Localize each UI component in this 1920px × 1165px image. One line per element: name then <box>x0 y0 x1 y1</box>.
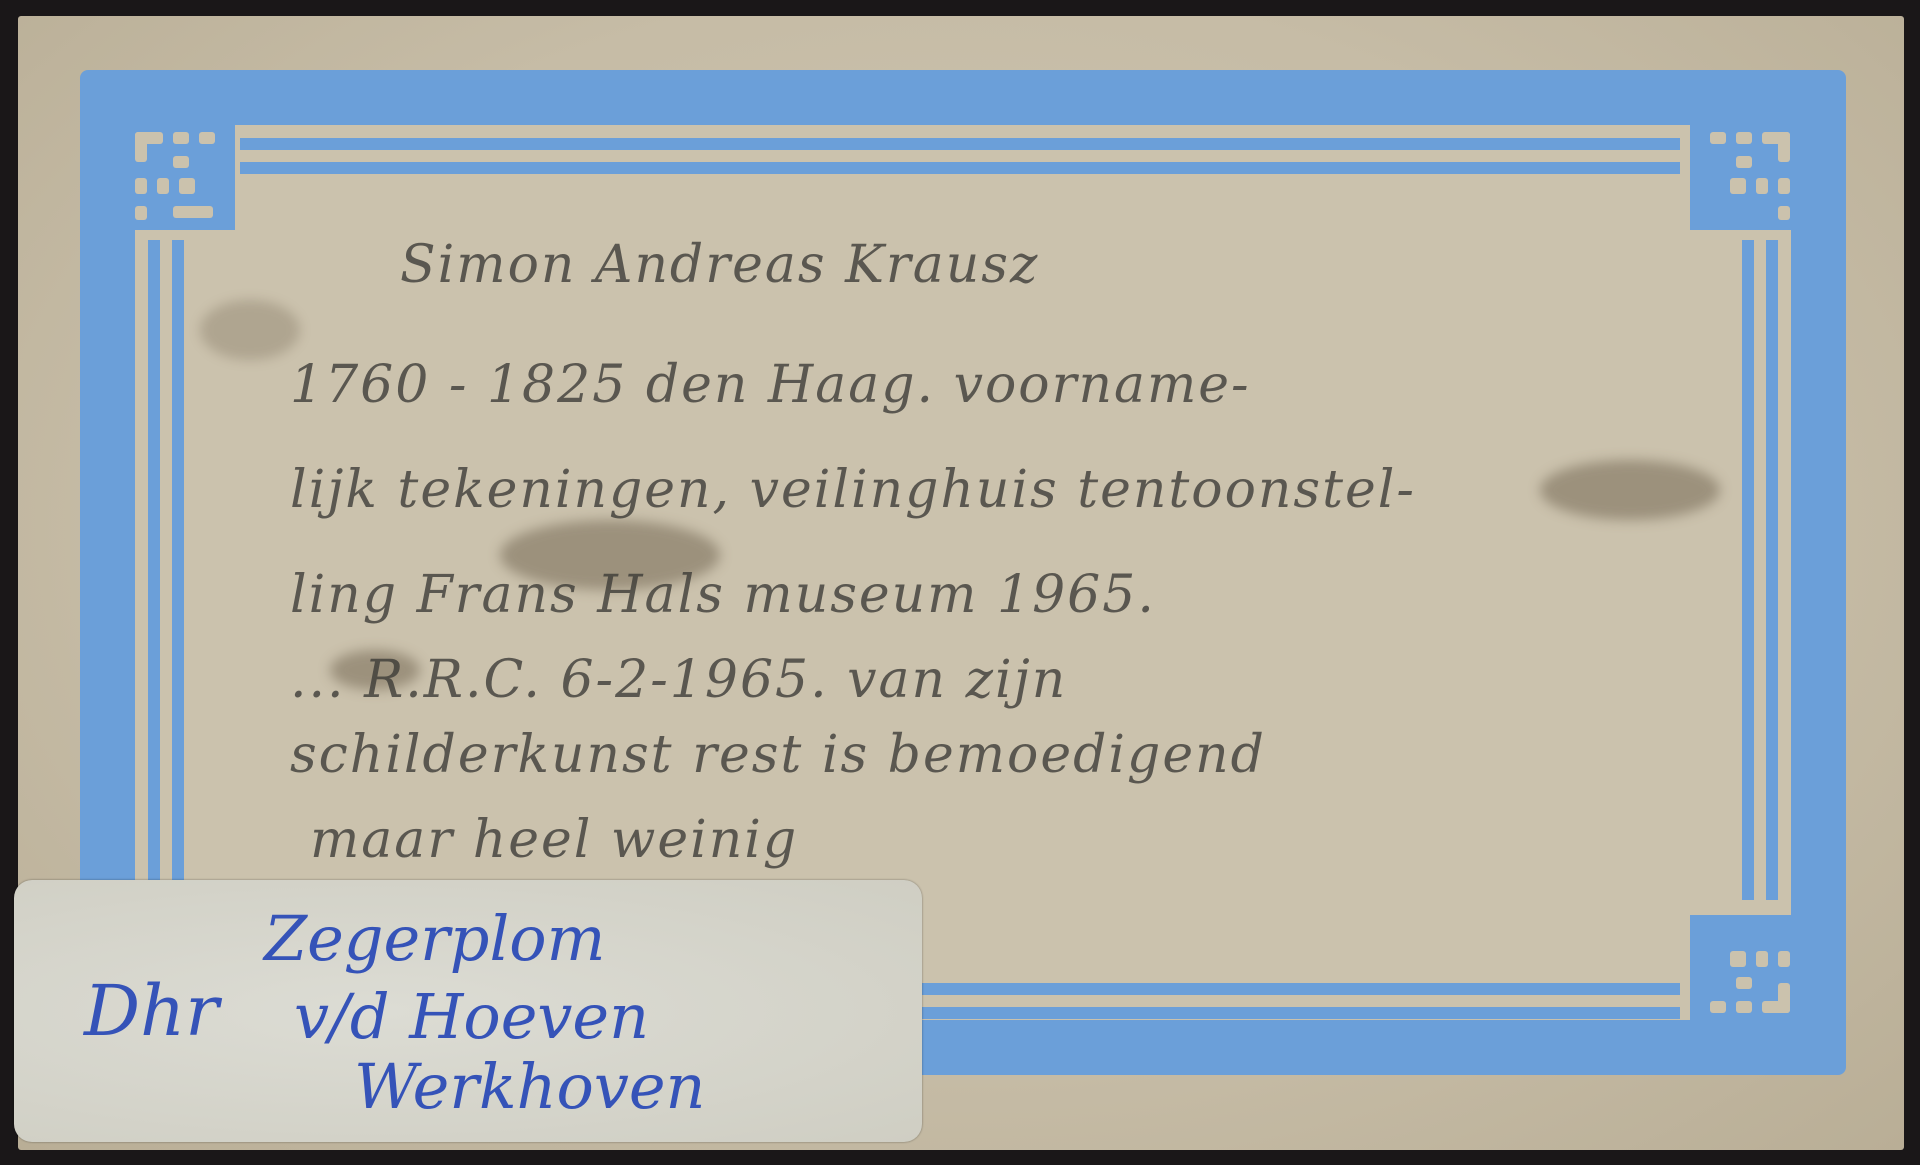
stain <box>1540 460 1720 520</box>
label-town: Werkhoven <box>354 1050 705 1123</box>
label-surname: v/d Hoeven <box>294 980 649 1053</box>
border-line-right-2 <box>1766 240 1778 900</box>
border-line-top-1 <box>240 138 1680 150</box>
address-label: Dhr Zegerplom v/d Hoeven Werkhoven <box>14 880 922 1142</box>
note-line-7: maar heel weinig <box>310 810 798 870</box>
note-line-name: Simon Andreas Krausz <box>400 235 1039 295</box>
note-line-6: schilderkunst rest is bemoedigend <box>290 725 1266 785</box>
border-line-left-2 <box>172 240 184 900</box>
corner-ornament-bottom-right <box>1690 915 1800 1025</box>
note-line-2: 1760 - 1825 den Haag. voorname- <box>290 355 1251 415</box>
border-line-top-2 <box>240 162 1680 174</box>
stain <box>200 300 300 360</box>
border-line-right-1 <box>1742 240 1754 900</box>
label-name: Zegerplom <box>264 902 605 975</box>
corner-ornament-top-right <box>1690 120 1800 230</box>
note-line-4: ling Frans Hals museum 1965. <box>290 565 1156 625</box>
label-salutation: Dhr <box>84 970 219 1052</box>
note-line-3: lijk tekeningen, veilinghuis tentoonstel… <box>290 460 1416 520</box>
border-line-left-1 <box>148 240 160 900</box>
corner-ornament-top-left <box>125 120 235 230</box>
note-line-5: ... R.R.C. 6-2-1965. van zijn <box>290 650 1067 710</box>
